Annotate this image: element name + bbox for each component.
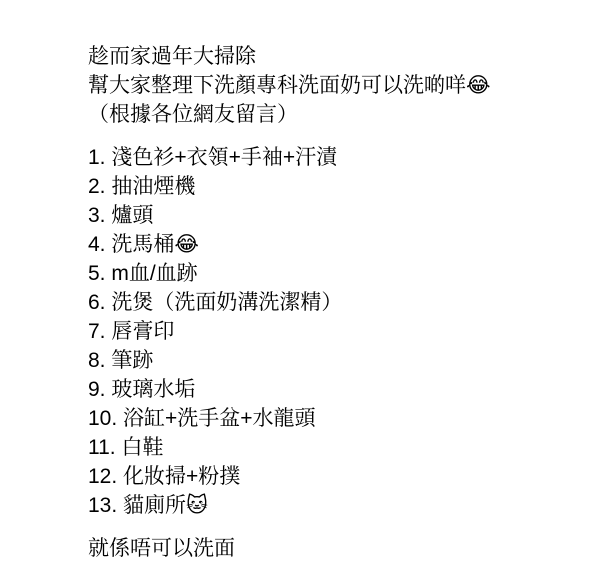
list-item: 8. 筆跡 [88,346,570,375]
washable-items-list: 1. 淺色衫+衣領+手袖+汗漬 2. 抽油煙機 3. 爐頭 4. 洗馬桶😂 5.… [88,143,570,520]
list-item: 11. 白鞋 [88,433,570,462]
list-item: 5. m血/血跡 [88,259,570,288]
outro-line: 就係唔可以洗面 [88,534,570,563]
intro-line: （根據各位網友留言） [88,100,570,129]
list-item: 4. 洗馬桶😂 [88,230,570,259]
list-item: 6. 洗煲（洗面奶溝洗潔精） [88,288,570,317]
intro-line: 幫大家整理下洗顏專科洗面奶可以洗啲咩😂 [88,71,570,100]
intro-paragraph: 趁而家過年大掃除 幫大家整理下洗顏專科洗面奶可以洗啲咩😂 （根據各位網友留言） [88,42,570,129]
intro-line: 趁而家過年大掃除 [88,42,570,71]
list-item: 7. 唇膏印 [88,317,570,346]
list-item: 3. 爐頭 [88,201,570,230]
list-item: 13. 貓廁所🐱 [88,491,570,520]
list-item: 1. 淺色衫+衣領+手袖+汗漬 [88,143,570,172]
list-item: 2. 抽油煙機 [88,172,570,201]
list-item: 9. 玻璃水垢 [88,375,570,404]
list-item: 10. 浴缸+洗手盆+水龍頭 [88,404,570,433]
list-item: 12. 化妝掃+粉撲 [88,462,570,491]
post-body: 趁而家過年大掃除 幫大家整理下洗顏專科洗面奶可以洗啲咩😂 （根據各位網友留言） … [0,0,600,580]
